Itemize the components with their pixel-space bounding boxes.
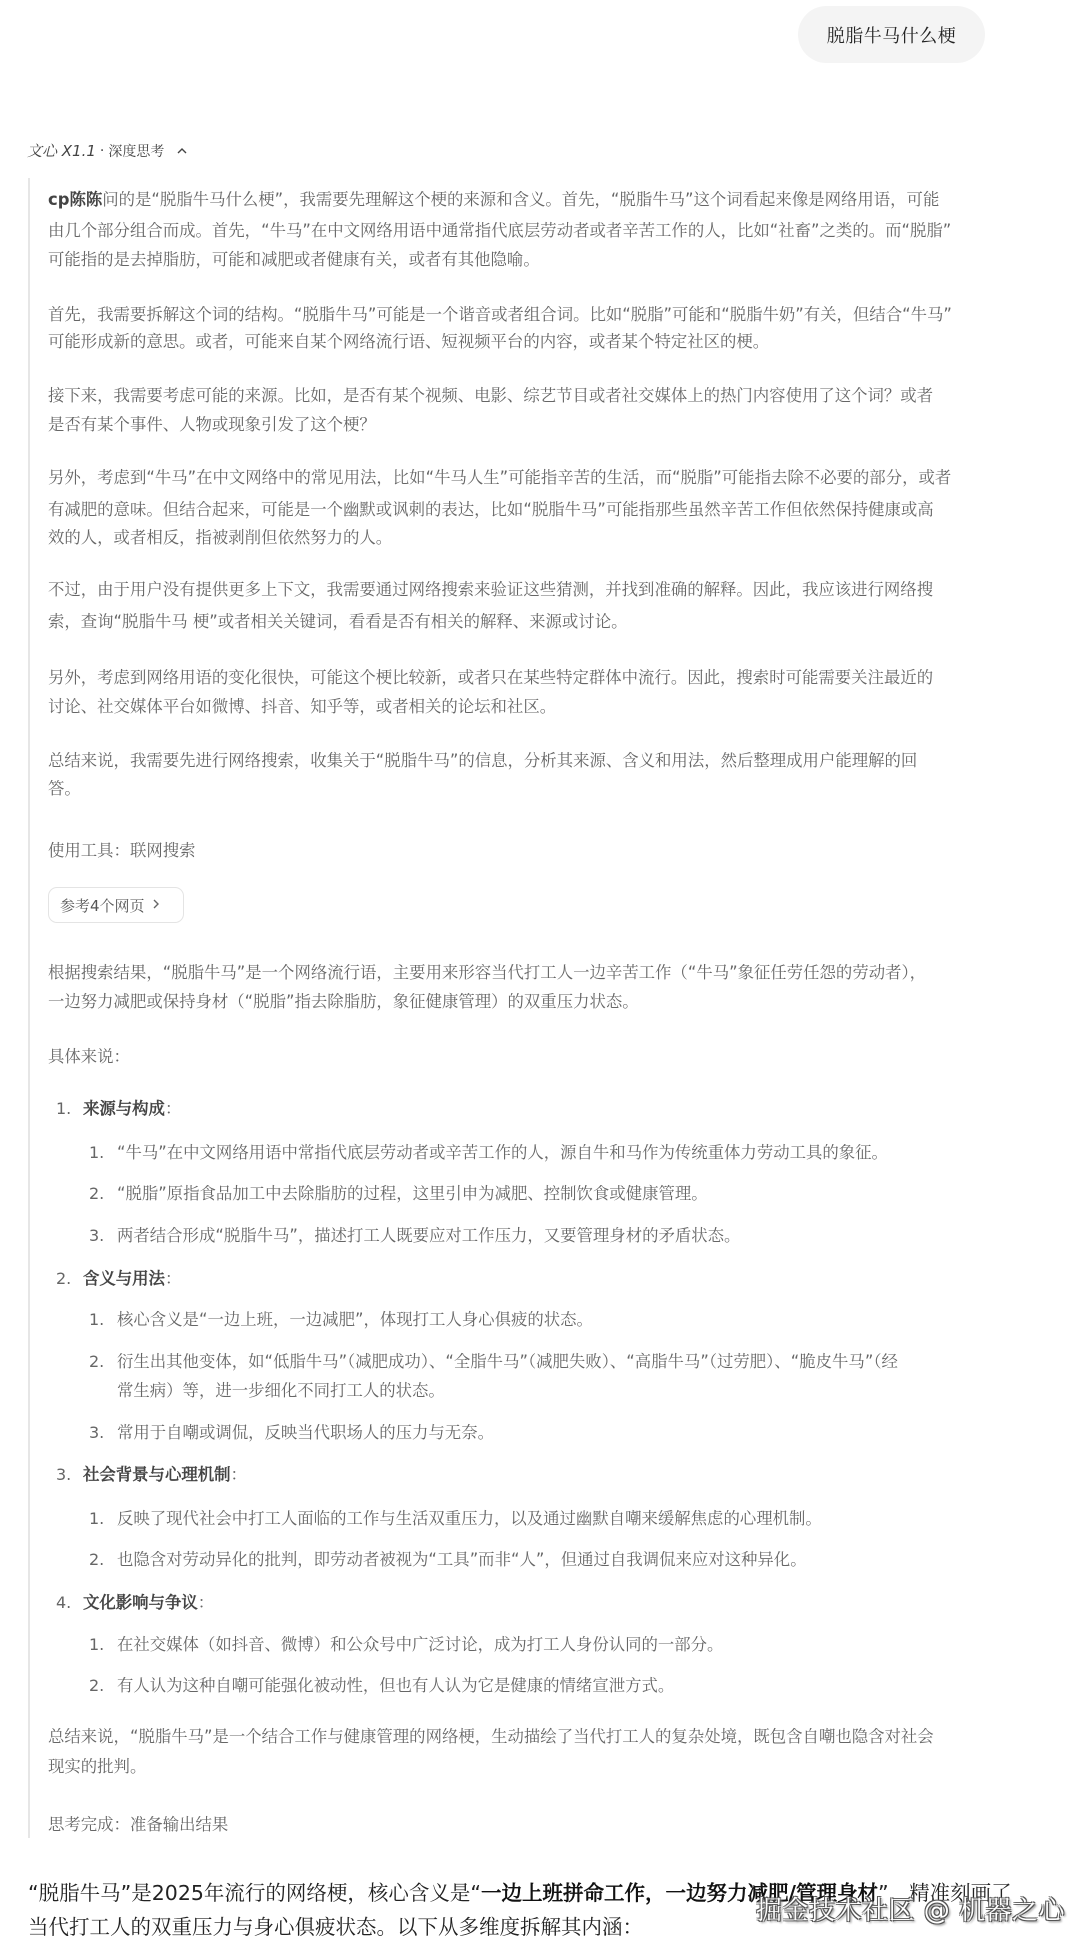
sublist-item: 有人认为这种自嘲可能强化被动性，但也有人认为它是健康的情绪宣泄方式。	[117, 1676, 674, 1696]
user-message-text: 脱脂牛马什么梗	[827, 22, 957, 48]
sublist-item: “脱脂”原指食品加工中去除脂肪的过程，这里引申为减肥、控制饮食或健康管理。	[117, 1184, 708, 1204]
sublist-item: “牛马”在中文网络用语中常指代底层劳动者或辛苦工作的人，源自牛和马作为传统重体力…	[117, 1143, 888, 1163]
thinking-block-border	[28, 178, 30, 1838]
list-number: 3.	[56, 1465, 71, 1485]
thinking-paragraph-line: 不过，由于用户没有提供更多上下文，我需要通过网络搜索来验证这些猜测，并找到准确的…	[48, 580, 933, 600]
thinking-paragraph-line: 总结来说，我需要先进行网络搜索，收集关于“脱脂牛马”的信息，分析其来源、含义和用…	[48, 751, 917, 771]
specifically-label: 具体来说：	[48, 1047, 130, 1067]
sublist-number: 1.	[89, 1143, 104, 1163]
thinking-paragraph-line: 由几个部分组合而成。首先，“牛马”在中文网络用语中通常指代底层劳动者或者辛苦工作…	[48, 221, 951, 241]
sublist-item: 在社交媒体（如抖音、微博）和公众号中广泛讨论，成为打工人身份认同的一部分。	[117, 1635, 723, 1655]
sublist-item: 常用于自嘲或调侃，反映当代职场人的压力与无奈。	[117, 1423, 494, 1443]
thinking-paragraph-line: 讨论、社交媒体平台如微博、抖音、知乎等，或者相关的论坛和社区。	[48, 697, 556, 717]
sublist-number: 2.	[89, 1676, 104, 1696]
list-number: 2.	[56, 1269, 71, 1289]
sublist-item-continued: 常生病）等，进一步细化不同打工人的状态。	[117, 1381, 445, 1401]
thinking-paragraph-line: 根据搜索结果，“脱脂牛马”是一个网络流行语，主要用来形容当代打工人一边辛苦工作（…	[48, 963, 926, 983]
thinking-paragraph-line: 另外，考虑到“牛马”在中文网络中的常见用法，比如“牛马人生”可能指辛苦的生活，而…	[48, 468, 951, 488]
thinking-paragraph-line: 可能指的是去掉脂肪，可能和减肥或者健康有关，或者有其他隐喻。	[48, 250, 540, 270]
thinking-paragraph-line: 有减肥的意味。但结合起来，可能是一个幽默或讽刺的表达，比如“脱脂牛马”可能指那些…	[48, 500, 934, 520]
thinking-mode-label: 深度思考	[108, 141, 164, 161]
sublist-number: 2.	[89, 1184, 104, 1204]
thinking-paragraph-line: 效的人，或者相反，指被剥削但依然努力的人。	[48, 528, 392, 548]
sublist-item: 两者结合形成“脱脂牛马”，描述打工人既要应对工作压力，又要管理身材的矛盾状态。	[117, 1226, 740, 1246]
thinking-paragraph-line: 另外，考虑到网络用语的变化很快，可能这个梗比较新，或者只在某些特定群体中流行。因…	[48, 668, 933, 688]
list-title: 来源与构成：	[83, 1099, 181, 1119]
user-message-bubble: 脱脂牛马什么梗	[798, 6, 985, 63]
thinking-paragraph-line: 首先，我需要拆解这个词的结构。“脱脂牛马”可能是一个谐音或者组合词。比如“脱脂”…	[48, 305, 952, 325]
thinking-paragraph-line: 接下来，我需要考虑可能的来源。比如，是否有某个视频、电影、综艺节目或者社交媒体上…	[48, 386, 933, 406]
thinking-paragraph-line: 索，查询“脱脂牛马 梗”或者相关关键词，看看是否有相关的解释、来源或讨论。	[48, 612, 627, 632]
sublist-number: 1.	[89, 1635, 104, 1655]
username: cp陈陈	[48, 190, 102, 209]
list-number: 1.	[56, 1099, 71, 1119]
header-separator: ·	[100, 143, 104, 159]
tool-used-label: 使用工具：联网搜索	[48, 841, 196, 861]
list-title: 文化影响与争议：	[83, 1593, 214, 1613]
sublist-number: 1.	[89, 1509, 104, 1529]
thinking-paragraph-line: 可能形成新的意思。或者，可能来自某个网络流行语、短视频平台的内容，或者某个特定社…	[48, 332, 769, 352]
sublist-number: 3.	[89, 1226, 104, 1246]
list-title: 含义与用法：	[83, 1269, 181, 1289]
text: 问的是“脱脂牛马什么梗”，我需要先理解这个梗的来源和含义。首先，“脱脂牛马”这个…	[102, 190, 939, 209]
thinking-paragraph-line: cp陈陈问的是“脱脂牛马什么梗”，我需要先理解这个梗的来源和含义。首先，“脱脂牛…	[48, 190, 939, 210]
thinking-summary-line: 现实的批判。	[48, 1757, 146, 1777]
sublist-number: 2.	[89, 1352, 104, 1372]
references-button[interactable]: 参考4个网页	[48, 887, 184, 923]
watermark: 掘金技术社区 @ 机器之心	[756, 1890, 1065, 1927]
chevron-up-icon[interactable]	[176, 145, 188, 157]
sublist-number: 3.	[89, 1423, 104, 1443]
list-title: 社会背景与心理机制：	[83, 1465, 247, 1485]
model-name: 文心 X1.1	[27, 140, 96, 161]
list-number: 4.	[56, 1593, 71, 1613]
sublist-item: 也隐含对劳动异化的批判，即劳动者被视为“工具”而非“人”，但通过自我调侃来应对这…	[117, 1550, 807, 1570]
thinking-summary-line: 总结来说，“脱脂牛马”是一个结合工作与健康管理的网络梗，生动描绘了当代打工人的复…	[48, 1727, 934, 1747]
sublist-item: 核心含义是“一边上班，一边减肥”，体现打工人身心俱疲的状态。	[117, 1310, 593, 1330]
sublist-item: 反映了现代社会中打工人面临的工作与生活双重压力，以及通过幽默自嘲来缓解焦虑的心理…	[117, 1509, 822, 1529]
sublist-item: 衍生出其他变体，如“低脂牛马”（减肥成功）、“全脂牛马”（减肥失败）、“高脂牛马…	[117, 1352, 898, 1372]
chevron-right-icon	[151, 896, 161, 914]
thinking-status: 思考完成：准备输出结果	[48, 1815, 228, 1835]
references-label: 参考4个网页	[60, 895, 145, 916]
thinking-paragraph-line: 是否有某个事件、人物或现象引发了这个梗？	[48, 415, 376, 435]
sublist-number: 1.	[89, 1310, 104, 1330]
answer-line: 当代打工人的双重压力与身心俱疲状态。以下从多维度拆解其内涵：	[28, 1914, 643, 1940]
sublist-number: 2.	[89, 1550, 104, 1570]
thinking-paragraph-line: 答。	[48, 779, 81, 799]
thinking-paragraph-line: 一边努力减肥或保持身材（“脱脂”指去除脂肪，象征健康管理）的双重压力状态。	[48, 992, 639, 1012]
thinking-toggle-header[interactable]: 文心 X1.1 · 深度思考	[27, 140, 188, 161]
